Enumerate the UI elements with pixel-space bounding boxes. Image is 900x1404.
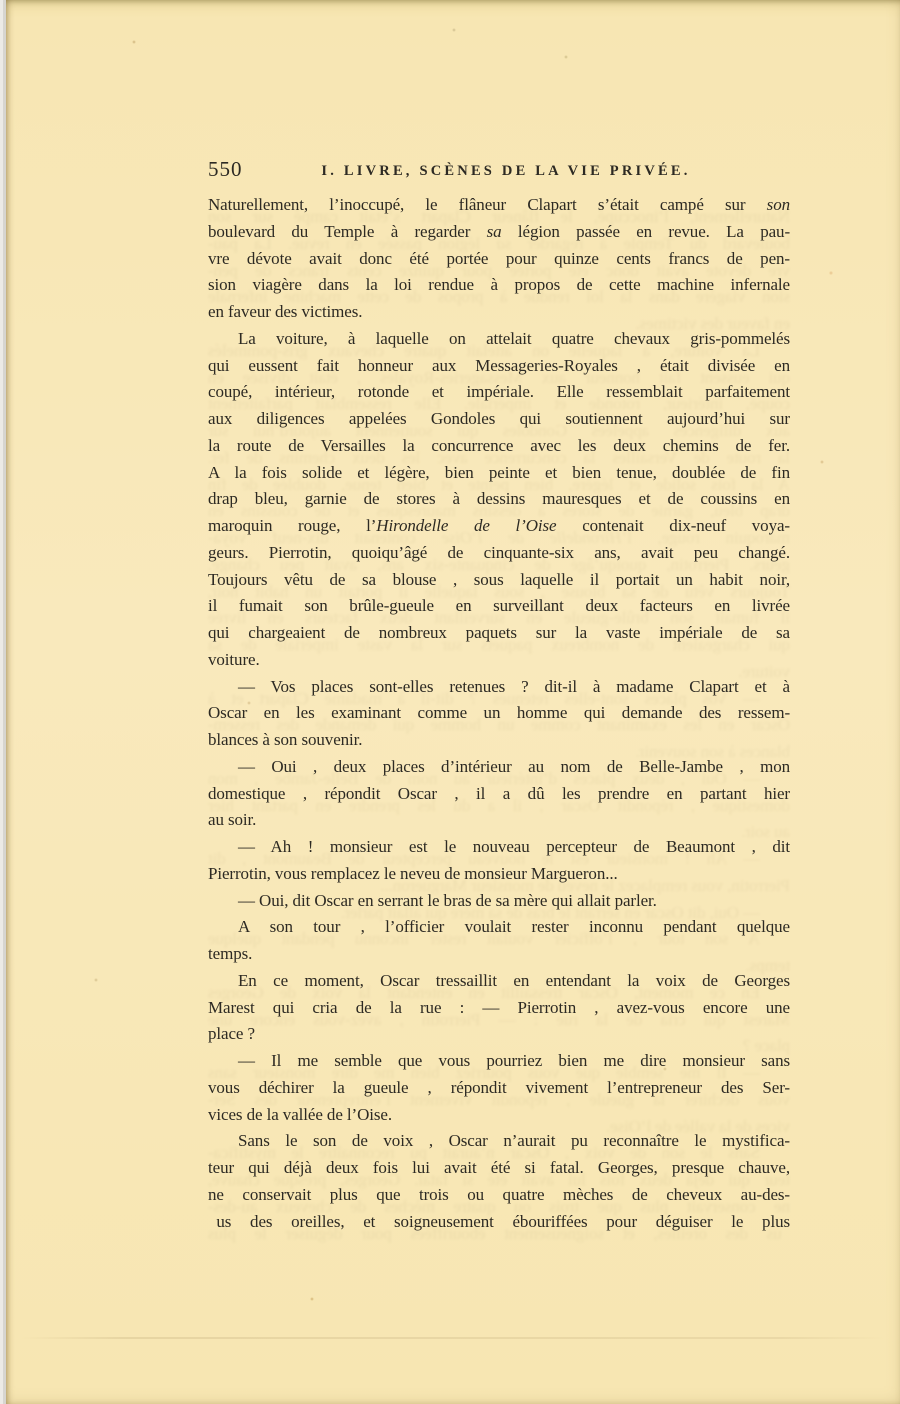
text-segment: temps. (208, 944, 252, 963)
text-line: — Vos places sont-elles retenues ? dit-i… (208, 674, 790, 701)
text-segment: — Vos places sont-elles retenues ? dit-i… (238, 677, 790, 696)
paragraph: — Ah ! monsieur est le nouveau percepteu… (208, 834, 790, 888)
text-line: vous déchirer la gueule , répondit vivem… (208, 1075, 790, 1102)
text-segment: Sans le son de voix , Oscar n’aurait pu … (238, 1131, 790, 1150)
text-line: En ce moment, Oscar tressaillit en enten… (208, 968, 790, 995)
text-line: temps. (208, 941, 790, 968)
text-segment: maroquin rouge, l’ (208, 516, 376, 535)
text-segment: il fumait son brûle-gueule en surveillan… (208, 596, 790, 615)
text-line: place ? (208, 1021, 790, 1048)
text-segment: us des oreilles, et soigneusement ébouri… (208, 1212, 790, 1231)
text-segment: boulevard du Temple à regarder (208, 222, 487, 241)
text-segment: légion passée en revue. La pau- (502, 222, 790, 241)
running-title: I. LIVRE, SCÈNES DE LA VIE PRIVÉE. (208, 163, 790, 180)
text-line: voiture. (208, 647, 790, 674)
text-line: Toujours vêtu de sa blouse , sous laquel… (208, 567, 790, 594)
text-line: il fumait son brûle-gueule en surveillan… (208, 593, 790, 620)
text-segment: au soir. (208, 810, 256, 829)
text-segment: vices de la vallée de l’Oise. (208, 1105, 392, 1124)
text-line: — Ah ! monsieur est le nouveau percepteu… (208, 834, 790, 861)
paragraph: Naturellement, l’inoccupé, le flâneur Cl… (208, 192, 790, 326)
italic-text-segment: Hirondelle de l’Oise (376, 516, 556, 535)
paper-crease (20, 1337, 886, 1339)
text-segment: — Il me semble que vous pourriez bien me… (238, 1051, 790, 1070)
paragraph: — Oui , deux places d’intérieur au nom d… (208, 754, 790, 834)
text-line: la route de Versailles la concurrence av… (208, 433, 790, 460)
text-segment: A la fois solide et légère, bien peinte … (208, 463, 790, 482)
text-segment: qui chargeaient de nombreux paquets sur … (208, 623, 790, 642)
scanned-book-page: Naturellement, l’inoccupé, le flâneur Cl… (0, 0, 900, 1404)
text-line: vre dévote avait donc été portée pour qu… (208, 246, 790, 273)
text-line: en faveur des victimes. (208, 299, 790, 326)
paragraph: A son tour , l’officier voulait rester i… (208, 914, 790, 968)
paragraph: — Oui, dit Oscar en serrant le bras de s… (208, 888, 790, 915)
text-line: — Oui, dit Oscar en serrant le bras de s… (208, 888, 790, 915)
paragraph: Sans le son de voix , Oscar n’aurait pu … (208, 1128, 790, 1235)
text-segment: Toujours vêtu de sa blouse , sous laquel… (208, 570, 790, 589)
text-line: Naturellement, l’inoccupé, le flâneur Cl… (208, 192, 790, 219)
text-segment: En ce moment, Oscar tressaillit en enten… (238, 971, 790, 990)
text-line: Marest qui cria de la rue : — Pierrotin … (208, 995, 790, 1022)
text-segment: Naturellement, l’inoccupé, le flâneur Cl… (208, 195, 767, 214)
text-segment: A son tour , l’officier voulait rester i… (238, 917, 790, 936)
text-line: teur qui déjà deux fois lui avait été si… (208, 1155, 790, 1182)
paragraph: — Vos places sont-elles retenues ? dit-i… (208, 674, 790, 754)
text-segment: drap bleu, garnie de stores à dessins ma… (208, 489, 790, 508)
text-line: Sans le son de voix , Oscar n’aurait pu … (208, 1128, 790, 1155)
text-segment: vre dévote avait donc été portée pour qu… (208, 249, 790, 268)
text-segment: La voiture, à laquelle on attelait quatr… (238, 329, 790, 348)
running-head: 550 I. LIVRE, SCÈNES DE LA VIE PRIVÉE. (208, 152, 790, 184)
text-line: A la fois solide et légère, bien peinte … (208, 460, 790, 487)
paper-sheet: Naturellement, l’inoccupé, le flâneur Cl… (6, 0, 900, 1404)
text-line: A son tour , l’officier voulait rester i… (208, 914, 790, 941)
text-segment: teur qui déjà deux fois lui avait été si… (208, 1158, 790, 1177)
text-segment: — Oui, dit Oscar en serrant le bras de s… (238, 891, 657, 910)
text-segment: — Oui , deux places d’intérieur au nom d… (238, 757, 790, 776)
text-line: qui chargeaient de nombreux paquets sur … (208, 620, 790, 647)
text-segment: Pierrotin, vous remplacez le neveu de mo… (208, 864, 618, 883)
text-segment: coupé, intérieur, rotonde et impériale. … (208, 382, 790, 401)
text-segment: en faveur des victimes. (208, 302, 362, 321)
text-line: Oscar en les examinant comme un homme qu… (208, 700, 790, 727)
text-line: vices de la vallée de l’Oise. (208, 1102, 790, 1129)
text-line: blances à son souvenir. (208, 727, 790, 754)
text-segment: voiture. (208, 650, 260, 669)
text-line: aux diligences appelées Gondoles qui sou… (208, 406, 790, 433)
text-line: La voiture, à laquelle on attelait quatr… (208, 326, 790, 353)
text-segment: Marest qui cria de la rue : — Pierrotin … (208, 998, 790, 1017)
text-line: sion viagère dans la loi rendue à propos… (208, 272, 790, 299)
text-segment: ne conservait plus que trois ou quatre m… (208, 1185, 790, 1204)
paragraph: La voiture, à laquelle on attelait quatr… (208, 326, 790, 674)
text-line: us des oreilles, et soigneusement ébouri… (208, 1209, 790, 1236)
text-segment: domestique , répondit Oscar , il a dû le… (208, 784, 790, 803)
text-segment: vous déchirer la gueule , répondit vivem… (208, 1078, 790, 1097)
text-line: — Oui , deux places d’intérieur au nom d… (208, 754, 790, 781)
text-segment: Oscar en les examinant comme un homme qu… (208, 703, 790, 722)
text-line: domestique , répondit Oscar , il a dû le… (208, 781, 790, 808)
text-line: au soir. (208, 807, 790, 834)
text-line: ne conservait plus que trois ou quatre m… (208, 1182, 790, 1209)
text-segment: qui eussent fait honneur aux Messageries… (208, 356, 790, 375)
text-segment: — Ah ! monsieur est le nouveau percepteu… (238, 837, 790, 856)
text-segment: aux diligences appelées Gondoles qui sou… (208, 409, 790, 428)
text-line: maroquin rouge, l’Hirondelle de l’Oise c… (208, 513, 790, 540)
text-line: qui eussent fait honneur aux Messageries… (208, 353, 790, 380)
text-segment: la route de Versailles la concurrence av… (208, 436, 790, 455)
paragraph: — Il me semble que vous pourriez bien me… (208, 1048, 790, 1128)
text-line: drap bleu, garnie de stores à dessins ma… (208, 486, 790, 513)
text-segment: place ? (208, 1024, 255, 1043)
text-line: — Il me semble que vous pourriez bien me… (208, 1048, 790, 1075)
text-segment: contenait dix-neuf voya- (557, 516, 791, 535)
italic-text-segment: son (767, 195, 790, 214)
text-line: Pierrotin, vous remplacez le neveu de mo… (208, 861, 790, 888)
paragraph: En ce moment, Oscar tressaillit en enten… (208, 968, 790, 1048)
text-segment: geurs. Pierrotin, quoiqu’âgé de cinquant… (208, 543, 790, 562)
page-text: Naturellement, l’inoccupé, le flâneur Cl… (208, 192, 790, 1235)
text-line: geurs. Pierrotin, quoiqu’âgé de cinquant… (208, 540, 790, 567)
italic-text-segment: sa (487, 222, 502, 241)
text-segment: sion viagère dans la loi rendue à propos… (208, 275, 790, 294)
text-line: boulevard du Temple à regarder sa légion… (208, 219, 790, 246)
text-segment: blances à son souvenir. (208, 730, 362, 749)
text-line: coupé, intérieur, rotonde et impériale. … (208, 379, 790, 406)
